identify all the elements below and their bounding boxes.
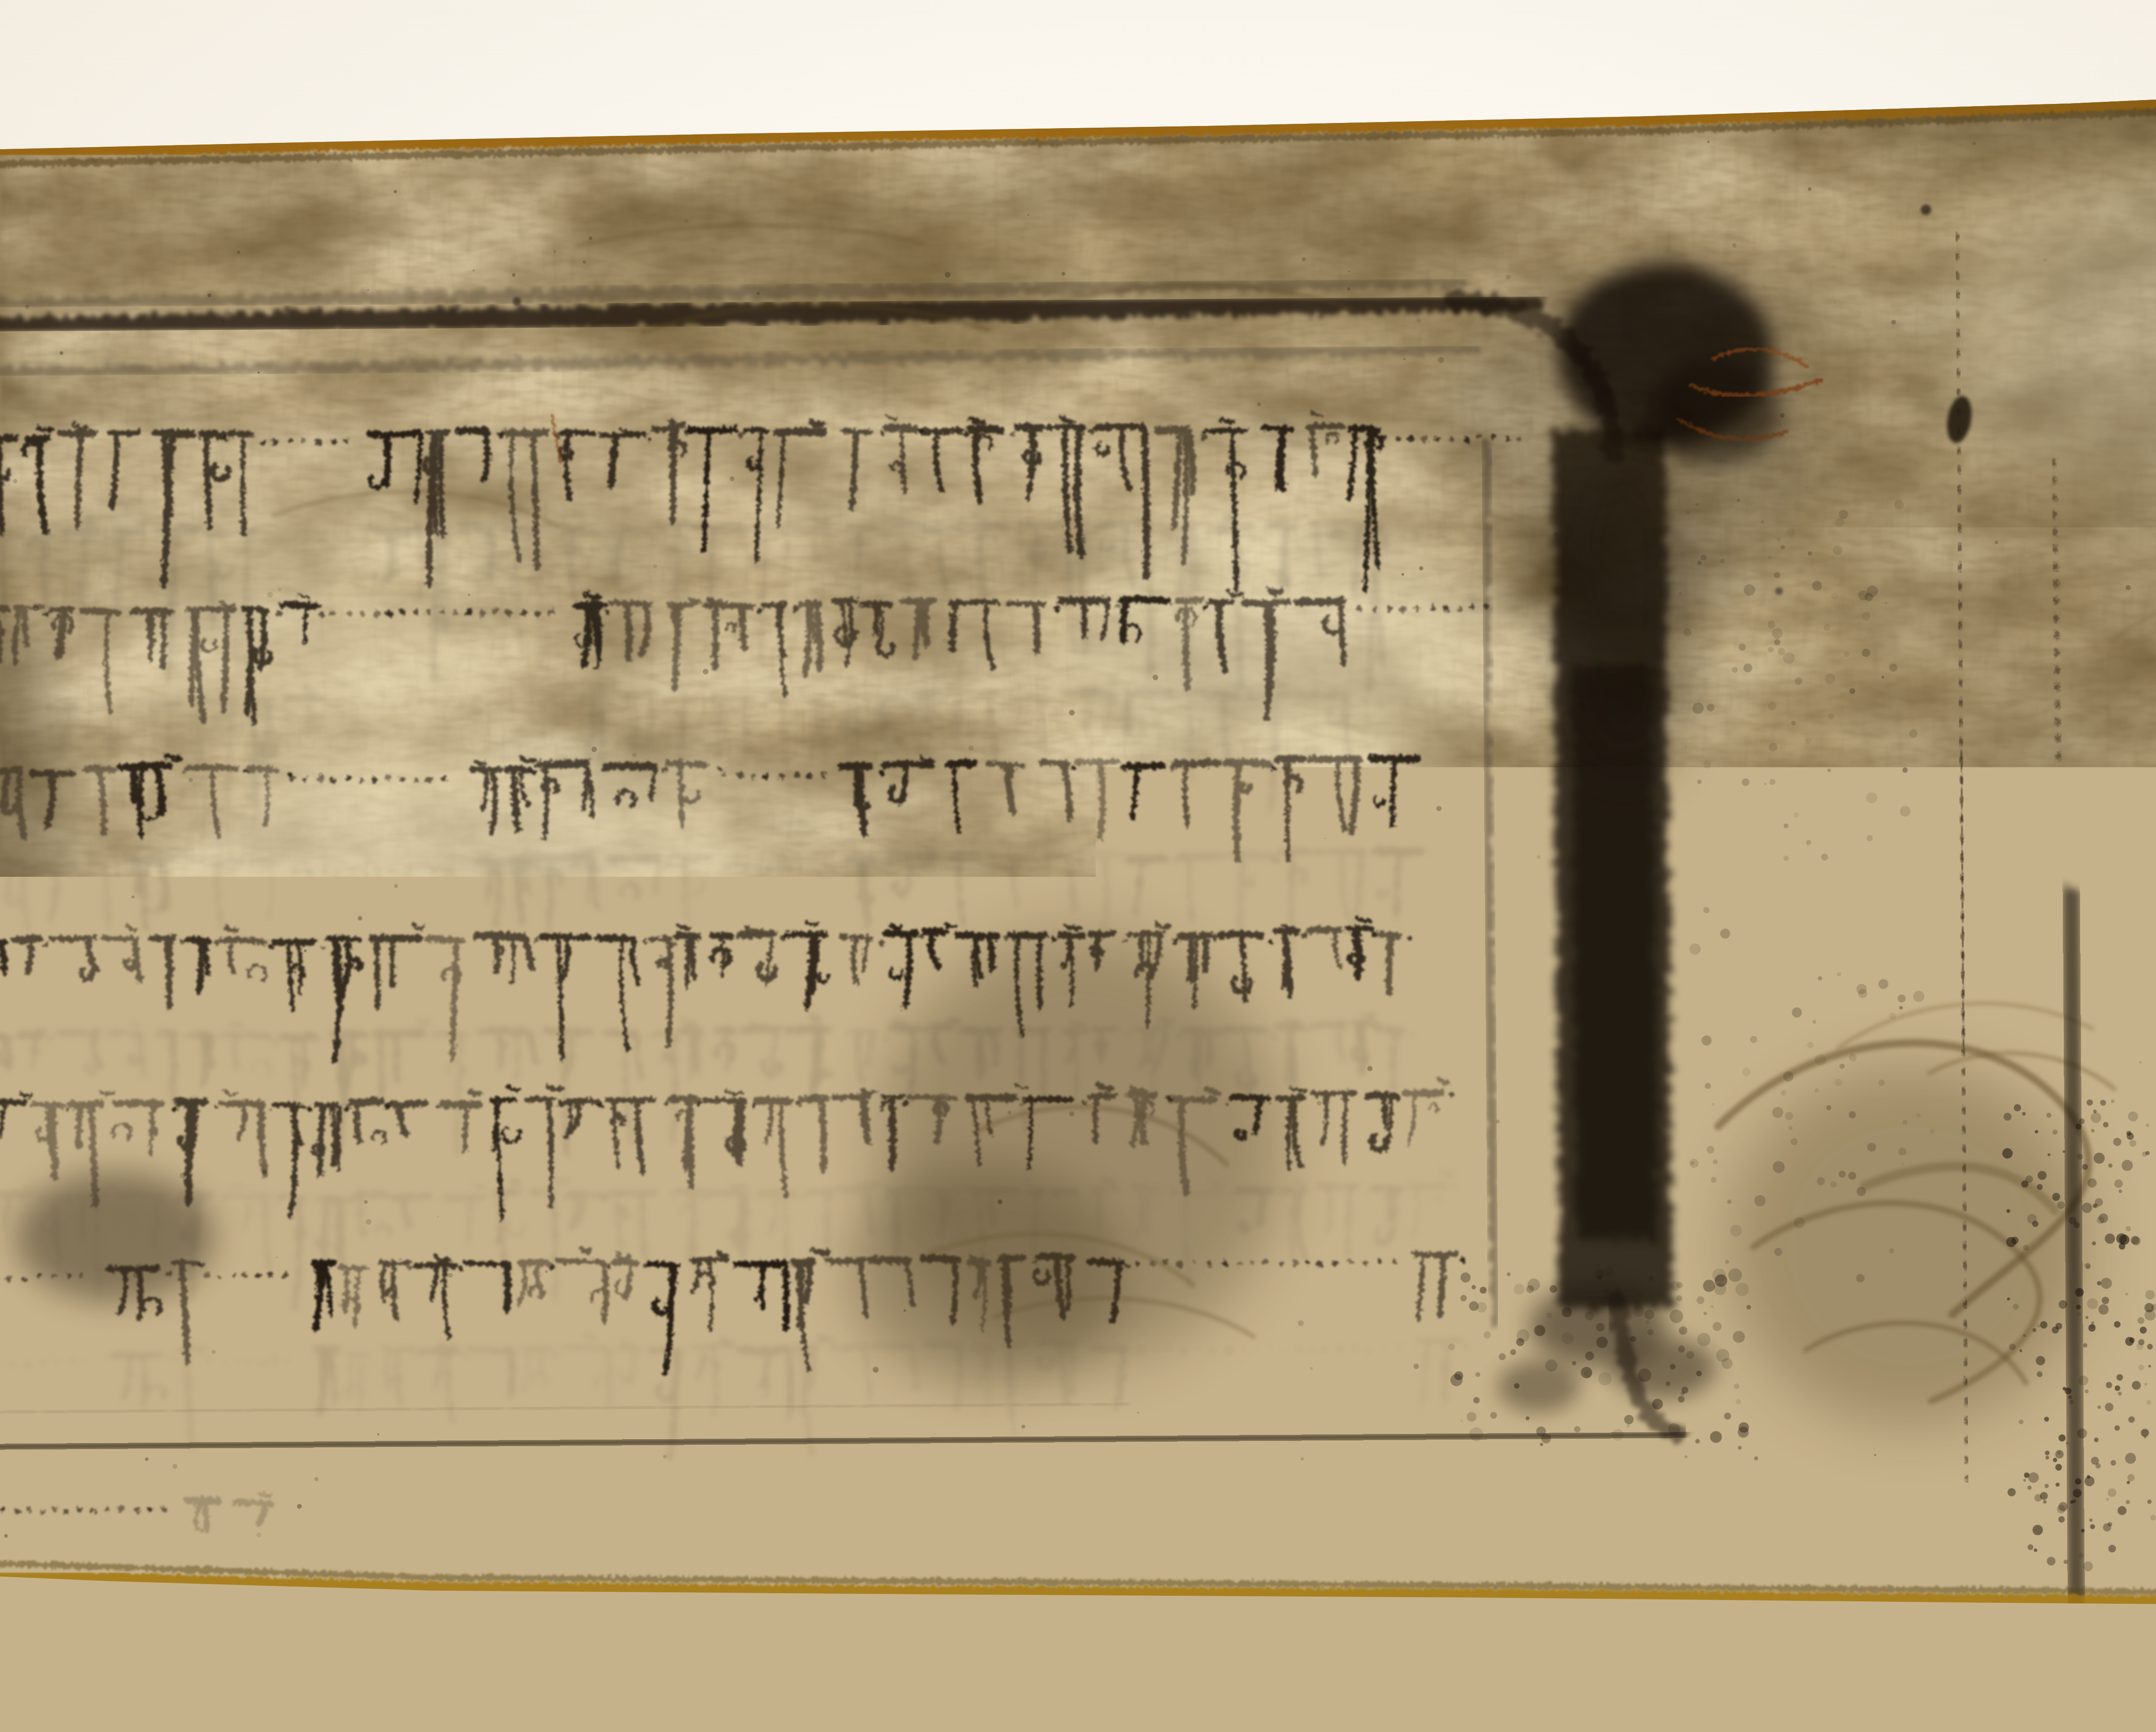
speckle [186,1592,188,1594]
speckle [1507,1272,1510,1276]
speckle [2108,1488,2116,1497]
speckle [1767,621,1775,628]
speckle [2126,1500,2130,1504]
speckle [1821,853,1828,860]
speckle [2047,1557,2056,1566]
speckle [2147,1344,2153,1349]
speckle [2075,1478,2081,1484]
speckle [1270,647,1274,651]
speckle [1703,907,1710,913]
speckle [1972,141,1976,145]
speckle [1728,1268,1742,1282]
speckle [1257,402,1261,406]
speckle [1623,913,1628,917]
speckle [356,1554,360,1559]
speckle [903,1309,906,1312]
speckle [1517,1329,1529,1342]
speckle [1878,979,1888,989]
speckle [2125,1453,2136,1464]
speckle [1678,1396,1685,1403]
speckle [1866,792,1877,803]
speckle [1774,1248,1782,1256]
speckle [1460,1419,1463,1422]
speckle [1818,976,1822,981]
speckle [1612,1429,1623,1440]
speckle [1496,1120,1500,1123]
speckle [318,772,323,778]
speckle [1598,1372,1611,1385]
speckle [1575,786,1578,789]
speckle [1891,320,1896,324]
speckle [2095,1198,2103,1206]
speckle [1302,257,1306,261]
speckle [2023,1245,2029,1251]
speckle [1630,1336,1636,1342]
speckle [1713,1159,1718,1164]
speckle [2037,1325,2040,1327]
speckle [1595,1269,1605,1279]
speckle [1703,1312,1707,1315]
speckle [1739,643,1746,651]
speckle [267,592,273,597]
speckle [145,1458,148,1461]
speckle [1839,1170,1846,1178]
speckle [2035,1130,2038,1133]
speckle [1730,1225,1742,1237]
speckle [1316,1101,1321,1105]
speckle [1514,1383,1520,1389]
speckle [1837,972,1841,976]
speckle [2040,1321,2047,1328]
speckle [257,1532,262,1537]
speckle [2019,1420,2024,1425]
speckle [1794,1217,1805,1228]
speckle [1786,528,1796,537]
speckle [757,292,760,295]
speckle [2139,1061,2142,1064]
speckle [2043,258,2047,261]
speckle [1705,1083,1711,1089]
speckle [278,587,282,591]
speckle [1826,1105,1831,1110]
speckle [1788,1126,1792,1130]
speckle [2057,1201,2065,1209]
speckle [1626,1424,1630,1428]
speckle [1899,1006,1903,1010]
speckle [1746,1305,1751,1309]
speckle [2084,1476,2094,1486]
speckle [2094,1437,2099,1442]
speckle [2048,1153,2051,1156]
speckle [132,896,135,899]
speckle [1736,1399,1741,1405]
speckle [2073,1489,2082,1498]
speckle [1714,1274,1727,1287]
speckle [1713,1322,1722,1331]
speckle [1707,141,1710,143]
speckle [2022,1112,2025,1115]
speckle [1902,1120,1908,1125]
speckle [1849,688,1855,694]
speckle [994,939,998,943]
speckle [1710,1431,1722,1443]
speckle [2002,1148,2012,1158]
speckle [2019,1349,2022,1352]
speckle [1834,891,1838,895]
speckle [1834,302,1836,304]
speckle [1470,1427,1483,1441]
speckle [2036,1356,2045,1365]
speckle [589,237,592,240]
speckle [632,753,637,757]
speckle [1450,1374,1463,1387]
speckle [1416,318,1421,323]
speckle [2081,1529,2084,1532]
speckle [1768,647,1774,653]
speckle [2087,1298,2098,1309]
speckle [2099,1214,2108,1223]
speckle [2122,1160,2133,1171]
speckle [2087,1178,2097,1188]
speckle [1695,503,1698,506]
speckle [1298,1320,1304,1326]
speckle [684,219,689,223]
speckle [1727,941,1737,952]
speckle [1844,651,1849,656]
speckle [1537,855,1541,859]
speckle [2045,1450,2049,1455]
speckle [1574,1426,1580,1432]
speckle [2028,1472,2039,1483]
speckle [1761,520,1764,524]
speckle [2082,1202,2092,1213]
speckle [2074,1222,2080,1228]
speckle [1732,243,1736,248]
speckle [1909,729,1918,738]
speckle [2065,1387,2071,1394]
speckle [1679,592,1682,595]
speckle [2023,1334,2026,1337]
speckle [297,1504,302,1509]
speckle [2072,1499,2076,1503]
speckle [1540,1443,1543,1446]
speckle [1835,518,1844,527]
speckle [13,479,18,483]
speckle [1783,652,1795,664]
speckle [2144,1383,2147,1386]
speckle [2003,1113,2012,1121]
speckle [1825,890,1832,897]
speckle [1527,1278,1540,1291]
speckle [2055,1450,2064,1459]
speckle [1795,677,1802,685]
speckle [1686,1351,1694,1359]
speckle [1878,1079,1885,1086]
speckle [358,916,362,920]
speckle [222,320,225,323]
speckle [1707,703,1714,711]
speckle [304,949,307,952]
speckle [1814,1089,1819,1093]
speckle [1764,783,1767,785]
speckle [1691,1161,1695,1165]
speckle [2101,1278,2112,1289]
speckle [1637,1290,1644,1297]
speckle [1645,1320,1649,1324]
speckle [1858,989,1867,998]
speckle [2103,1122,2109,1127]
speckle [2058,1516,2065,1522]
speckle [1220,421,1222,424]
speckle [2137,1317,2144,1324]
speckle [2118,1392,2122,1396]
speckle [2079,1118,2084,1124]
speckle [1484,1331,1491,1339]
speckle [2028,1544,2033,1550]
speckle [2075,1123,2082,1130]
speckle [2083,1562,2093,1572]
speckle [1916,1114,1921,1118]
speckle [1774,639,1780,646]
speckle [1678,1346,1685,1353]
speckle [1460,1295,1467,1301]
speckle [1898,995,1906,1003]
speckle [1725,1260,1729,1264]
speckle [276,1257,278,1258]
speckle [534,525,537,528]
speckle [1510,1349,1516,1355]
speckle [1808,879,1813,883]
speckle [1604,1266,1614,1276]
speckle [1697,1333,1711,1346]
speckle [4,1534,8,1537]
speckle [1783,1071,1793,1082]
speckle [2138,1339,2145,1346]
speckle [2132,1381,2141,1390]
speckle [1716,1349,1730,1362]
speckle [1692,703,1704,714]
speckle [1545,1359,1557,1371]
speckle [1469,1301,1479,1311]
speckle [2097,1406,2101,1409]
speckle [1812,1020,1816,1024]
speckle [1473,1397,1479,1403]
speckle [207,293,211,297]
speckle [2128,1416,2135,1423]
speckle [1596,1337,1608,1348]
speckle [1686,511,1690,515]
speckle [1776,537,1780,541]
speckle [1700,555,1706,561]
manuscript-leaf [0,0,2156,1732]
speckle [1680,1391,1685,1396]
speckle [2131,1236,2140,1246]
speckle [2055,1323,2062,1330]
speckle [237,251,241,254]
speckle [1572,1361,1576,1365]
speckle [2052,1193,2060,1201]
speckle [1697,780,1702,784]
speckle [1734,1384,1739,1389]
speckle [473,269,475,272]
speckle [1857,894,1862,899]
speckle [1670,1310,1683,1323]
speckle [1022,1425,1025,1428]
speckle [1769,779,1775,785]
speckle [1839,1064,1845,1069]
speckle [2138,1365,2144,1370]
speckle [364,1200,368,1204]
speckle [1913,991,1924,1002]
speckle [1807,1042,1814,1048]
speckle [1743,663,1752,672]
speckle [583,260,586,264]
speckle [1808,551,1812,555]
speckle [2106,1498,2109,1500]
speckle [2089,1519,2092,1522]
speckle [377,1434,379,1435]
speckle [367,289,369,291]
speckle [1824,624,1830,631]
speckle [25,305,29,309]
speckle [1733,1331,1745,1343]
speckle [2028,1486,2032,1490]
speckle [1585,1352,1594,1361]
speckle [1831,593,1838,600]
speckle [1774,572,1780,578]
speckle [2108,1164,2112,1168]
speckle [959,613,961,616]
speckle [448,1273,453,1278]
speckle [1008,1111,1012,1114]
speckle [776,1536,779,1539]
speckle [1732,667,1738,673]
speckle [1554,334,1556,336]
speckle [1644,1309,1654,1319]
speckle [1668,1423,1680,1436]
speckle [1689,943,1701,954]
speckle [1808,187,1811,191]
speckle [2127,1481,2130,1484]
speckle [2147,1400,2151,1405]
speckle [1584,1370,1592,1378]
ink-speck [1014,1504,1026,1513]
speckle [1730,338,1732,340]
speckle [1467,1412,1476,1422]
speckle [2007,1297,2010,1300]
speckle [2087,1099,2093,1106]
frame-bottom-rule [0,1433,1677,1449]
speckle [1652,1399,1663,1409]
speckle [2032,1328,2036,1332]
speckle [1683,628,1692,637]
speckle [592,747,597,752]
speckle [1347,287,1350,290]
speckle [1881,676,1884,678]
photo-backdrop [0,0,2156,1732]
speckle [1633,1305,1644,1317]
speckle [1448,1343,1455,1350]
speckle [1867,1143,1876,1152]
speckle [1707,1146,1714,1154]
speckle [1856,1274,1865,1283]
speckle [1792,1007,1802,1018]
speckle [2114,1321,2120,1327]
speckle [1817,1177,1825,1185]
speckle [2127,1133,2134,1140]
speckle [2062,1150,2065,1153]
speckle [1849,1054,1857,1061]
speckle [2097,1281,2101,1285]
speckle [2077,1428,2087,1438]
speckle [2069,1399,2074,1404]
speckle [468,593,470,596]
speckle [1562,1307,1572,1317]
speckle [2116,1374,2123,1381]
speckle [2068,1395,2072,1399]
speckle [1745,352,1749,355]
speckle [2106,1382,2112,1388]
speckle [2143,1436,2147,1439]
speckle [2040,1492,2048,1500]
speckle [1856,1186,1866,1196]
speckle [1793,812,1799,818]
speckle [1737,499,1740,502]
speckle [2079,1553,2084,1558]
speckle [2128,1111,2138,1121]
speckle [1611,1295,1614,1297]
speckle [1647,1329,1653,1335]
speckle [1845,935,1853,943]
speckle [1232,306,1235,309]
speckle [2077,1154,2083,1160]
speckle [2125,585,2131,590]
speckle [1900,806,1911,817]
speckle [1666,1381,1670,1386]
speckle [1550,1285,1557,1293]
speckle [2006,1209,2010,1213]
speckle [2059,1300,2067,1309]
speckle [1772,1107,1783,1118]
speckle [1780,413,1785,418]
speckle [1310,1367,1313,1370]
speckle [172,1464,178,1469]
ink-speck [1775,587,1783,595]
speckle [1833,545,1842,555]
speckle [730,477,734,481]
speckle [1703,760,1711,769]
speckle [1754,1456,1758,1460]
speckle [419,447,424,452]
speckle [1750,913,1754,917]
manuscript-artwork [0,0,2156,1732]
speckle [1791,1138,1798,1145]
speckle [2083,1343,2087,1347]
speckle [1754,1195,1765,1206]
speckle [1604,1048,1609,1052]
speckle [2140,1327,2147,1334]
speckle [2085,1316,2088,1319]
speckle [1768,702,1777,710]
speckle [1785,878,1789,882]
speckle [1536,1426,1546,1436]
speckle [943,639,946,643]
speckle [1436,806,1442,811]
speckle [1894,500,1904,509]
speckle [1902,928,1906,931]
speckle [1849,1111,1856,1118]
speckle [1889,1248,1894,1254]
